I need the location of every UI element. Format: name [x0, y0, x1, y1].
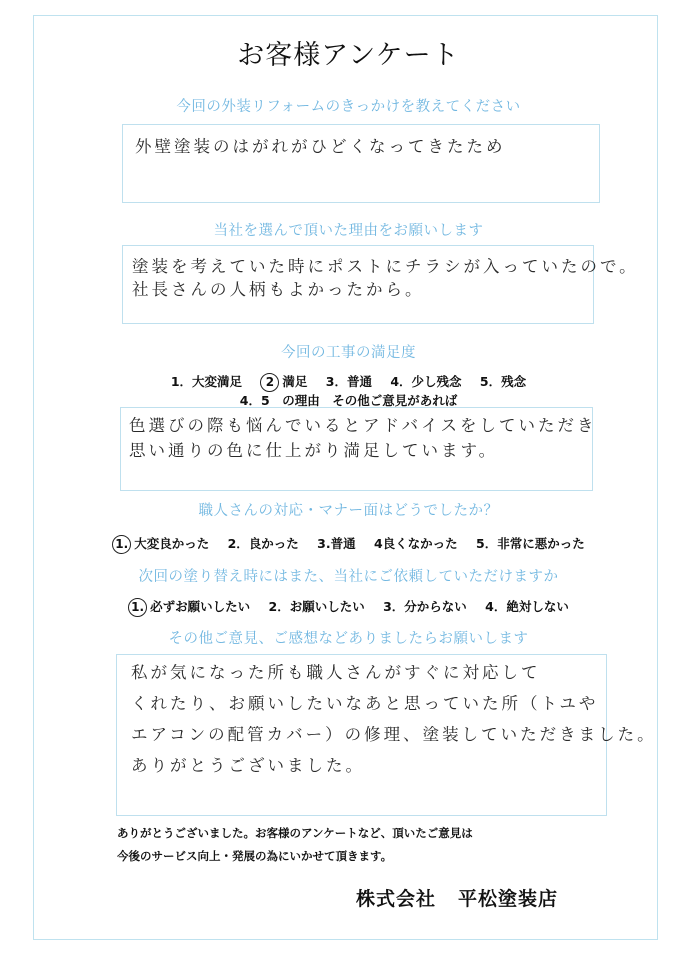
- selected-circle-icon: 1.: [112, 535, 131, 554]
- question-5-label: 次回の塗り替え時にはまた、当社にご依頼していただけますか: [0, 565, 697, 586]
- company-brand: 平松塗装店: [458, 888, 558, 910]
- option-2[interactable]: 2．お願いしたい: [269, 599, 365, 614]
- option-2[interactable]: 2．良かった: [228, 536, 299, 551]
- option-5[interactable]: 5．残念: [480, 374, 526, 389]
- option-4[interactable]: 4．少し残念: [390, 374, 461, 389]
- reorder-options: 1.必ずお願いしたい 2．お願いしたい 3．分からない 4．絶対しない: [0, 597, 697, 617]
- question-6-answer-line: くれたり、お願いしたいなあと思っていた所（トユや: [131, 690, 598, 714]
- question-6-answer-line: 私が気になった所も職人さんがすぐに対応して: [131, 659, 541, 683]
- question-1-label: 今回の外装リフォームのきっかけを教えてください: [0, 95, 697, 116]
- question-1-answer-line: 外壁塗装のはがれがひどくなってきたため: [135, 133, 506, 157]
- question-2-answer-line: 塗装を考えていた時にポストにチラシが入っていたので。: [132, 253, 639, 277]
- option-4[interactable]: 4良くなかった: [374, 536, 458, 551]
- option-3[interactable]: 3．分からない: [383, 599, 467, 614]
- option-5[interactable]: 5．非常に悪かった: [476, 536, 585, 551]
- selected-circle-icon: 1.: [128, 598, 147, 617]
- question-6-answer-line: ありがとうございました。: [131, 752, 365, 776]
- question-2-answer-line: 社長さんの人柄もよかったから。: [132, 276, 425, 300]
- question-6-answer-line: エアコンの配管カバー）の修理、塗装していただきました。: [131, 721, 657, 745]
- question-3-answer-line: 思い通りの色に仕上がり満足しています。: [129, 437, 498, 461]
- survey-title: お客様アンケート: [0, 33, 697, 72]
- satisfaction-options: 1．大変満足 2満足 3．普通 4．少し残念 5．残念: [0, 372, 697, 392]
- question-3-label: 今回の工事の満足度: [0, 341, 697, 362]
- company-type: 株式会社: [356, 888, 436, 910]
- question-4-label: 職人さんの対応・マナー面はどうでしたか？: [0, 499, 697, 520]
- question-3-answer-line: 色選びの際も悩んでいるとアドバイスをしていただき: [129, 412, 597, 436]
- footer-thanks-line: ありがとうございました。お客様のアンケートなど、頂いたご意見は: [117, 825, 473, 841]
- option-3[interactable]: 3．普通: [326, 374, 372, 389]
- option-3[interactable]: 3.普通: [317, 536, 355, 551]
- staff-manner-options: 1.大変良かった 2．良かった 3.普通 4良くなかった 5．非常に悪かった: [0, 534, 697, 554]
- selected-circle-icon: 2: [260, 373, 279, 392]
- option-2[interactable]: 2満足: [260, 374, 307, 389]
- option-1[interactable]: 1．大変満足: [171, 374, 242, 389]
- option-1[interactable]: 1.必ずお願いしたい: [128, 599, 250, 614]
- option-4[interactable]: 4．絶対しない: [485, 599, 569, 614]
- company-name: 株式会社平松塗装店: [356, 884, 558, 911]
- question-2-label: 当社を選んで頂いた理由をお願いします: [0, 219, 697, 240]
- footer-thanks-line: 今後のサービス向上・発展の為にいかせて頂きます。: [117, 848, 392, 864]
- option-1[interactable]: 1.大変良かった: [112, 536, 209, 551]
- question-6-label: その他ご意見、ご感想などありましたらお願いします: [0, 627, 697, 648]
